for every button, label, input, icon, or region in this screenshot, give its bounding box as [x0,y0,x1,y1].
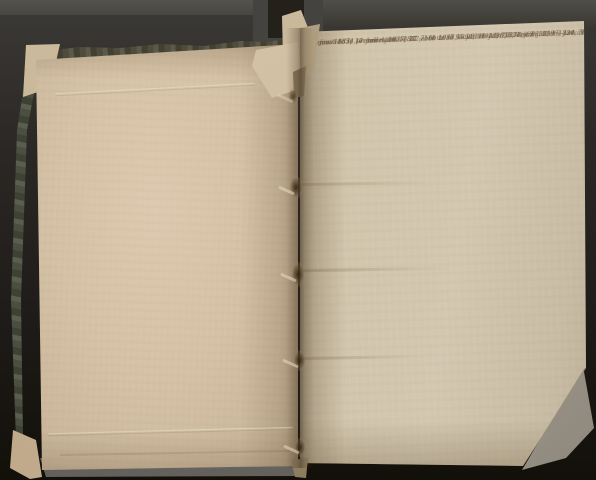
binding-stitch-hole [293,350,306,371]
binding-stitch-hole [289,176,303,199]
archival-scan: Commencé le premier janv. 1832, 10bre — … [0,0,596,480]
binding-stitch-hole [294,438,306,457]
left-page-bottom-shading [30,430,300,470]
binding-stitch-hole [291,262,305,287]
binding-stitch-hole [288,88,298,105]
backdrop-top-right [300,0,596,26]
